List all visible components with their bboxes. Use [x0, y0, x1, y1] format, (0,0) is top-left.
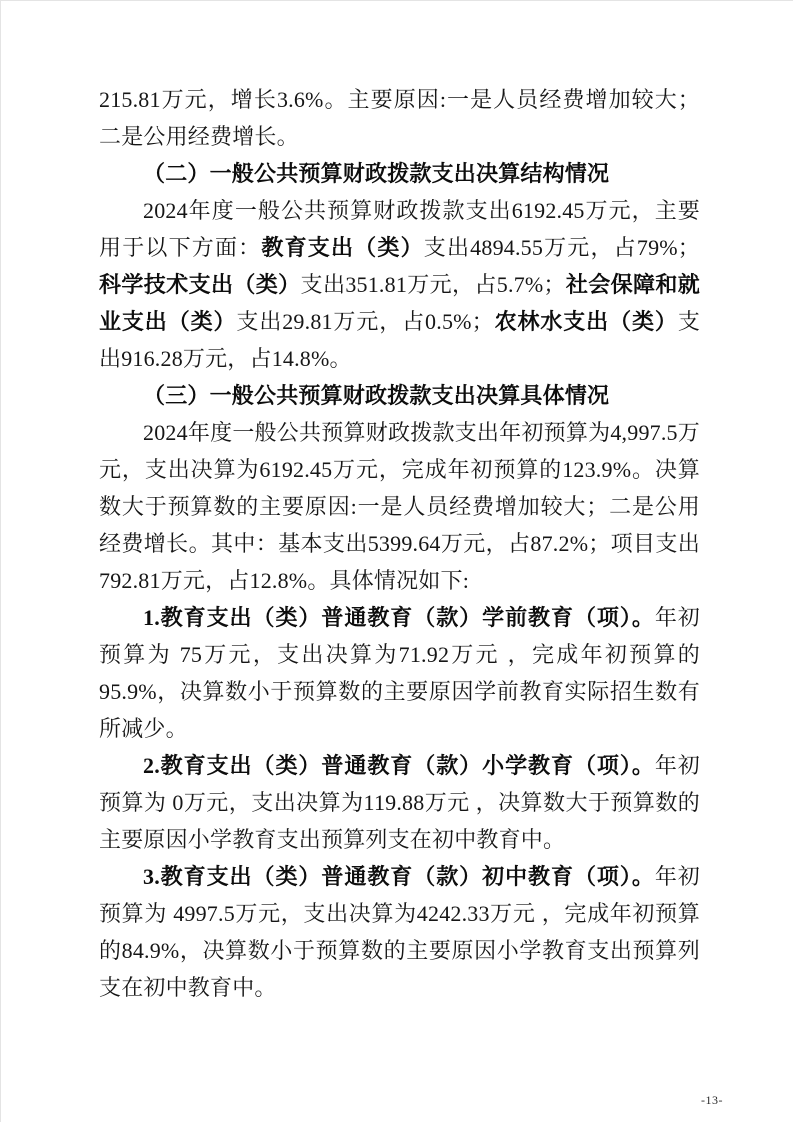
paragraph-continuation: 215.81万元，增长3.6%。主要原因:一是人员经费增加较大；二是公用经费增长…	[99, 81, 700, 155]
paragraph-detail-intro: 2024年度一般公共预算财政拨款支出年初预算为4,997.5万元，支出决算为61…	[99, 414, 700, 599]
section-heading-2: （二）一般公共预算财政拨款支出决算结构情况	[99, 155, 700, 192]
segment-social-security-amount: 支出29.81万元，占0.5%；	[236, 309, 493, 334]
paragraph-detail-intro-text: 2024年度一般公共预算财政拨款支出年初预算为4,997.5万元，支出决算为61…	[99, 420, 700, 593]
list-item-2: 2.教育支出（类）普通教育（款）小学教育（项）。年初预算为 0万元，支出决算为1…	[99, 747, 700, 858]
segment-science-category: 科学技术支出（类）	[99, 272, 301, 297]
item-3-title: 3.教育支出（类）普通教育（款）初中教育（项）。	[143, 864, 655, 889]
list-item-3: 3.教育支出（类）普通教育（款）初中教育（项）。年初预算为 4997.5万元，支…	[99, 858, 700, 1006]
segment-education-category: 教育支出（类）	[261, 235, 423, 260]
paragraph-expenditure-structure: 2024年度一般公共预算财政拨款支出6192.45万元，主要用于以下方面：教育支…	[99, 192, 700, 377]
document-content: 215.81万元，增长3.6%。主要原因:一是人员经费增加较大；二是公用经费增长…	[99, 81, 700, 1006]
list-item-1: 1.教育支出（类）普通教育（款）学前教育（项）。年初预算为 75万元，支出决算为…	[99, 599, 700, 747]
segment-science-amount: 支出351.81万元，占5.7%；	[301, 272, 566, 297]
item-1-title: 1.教育支出（类）普通教育（款）学前教育（项）。	[143, 605, 655, 630]
item-2-title: 2.教育支出（类）普通教育（款）小学教育（项）。	[143, 753, 655, 778]
section-heading-3: （三）一般公共预算财政拨款支出决算具体情况	[99, 377, 700, 414]
segment-agriculture-category: 农林水支出（类）	[494, 309, 678, 334]
segment-education-amount: 支出4894.55万元，占79%；	[424, 235, 700, 260]
page-number: -13-	[701, 1093, 723, 1107]
paragraph-continuation-text: 215.81万元，增长3.6%。主要原因:一是人员经费增加较大；二是公用经费增长…	[99, 87, 700, 149]
document-page: 215.81万元，增长3.6%。主要原因:一是人员经费增加较大；二是公用经费增长…	[0, 0, 793, 1122]
